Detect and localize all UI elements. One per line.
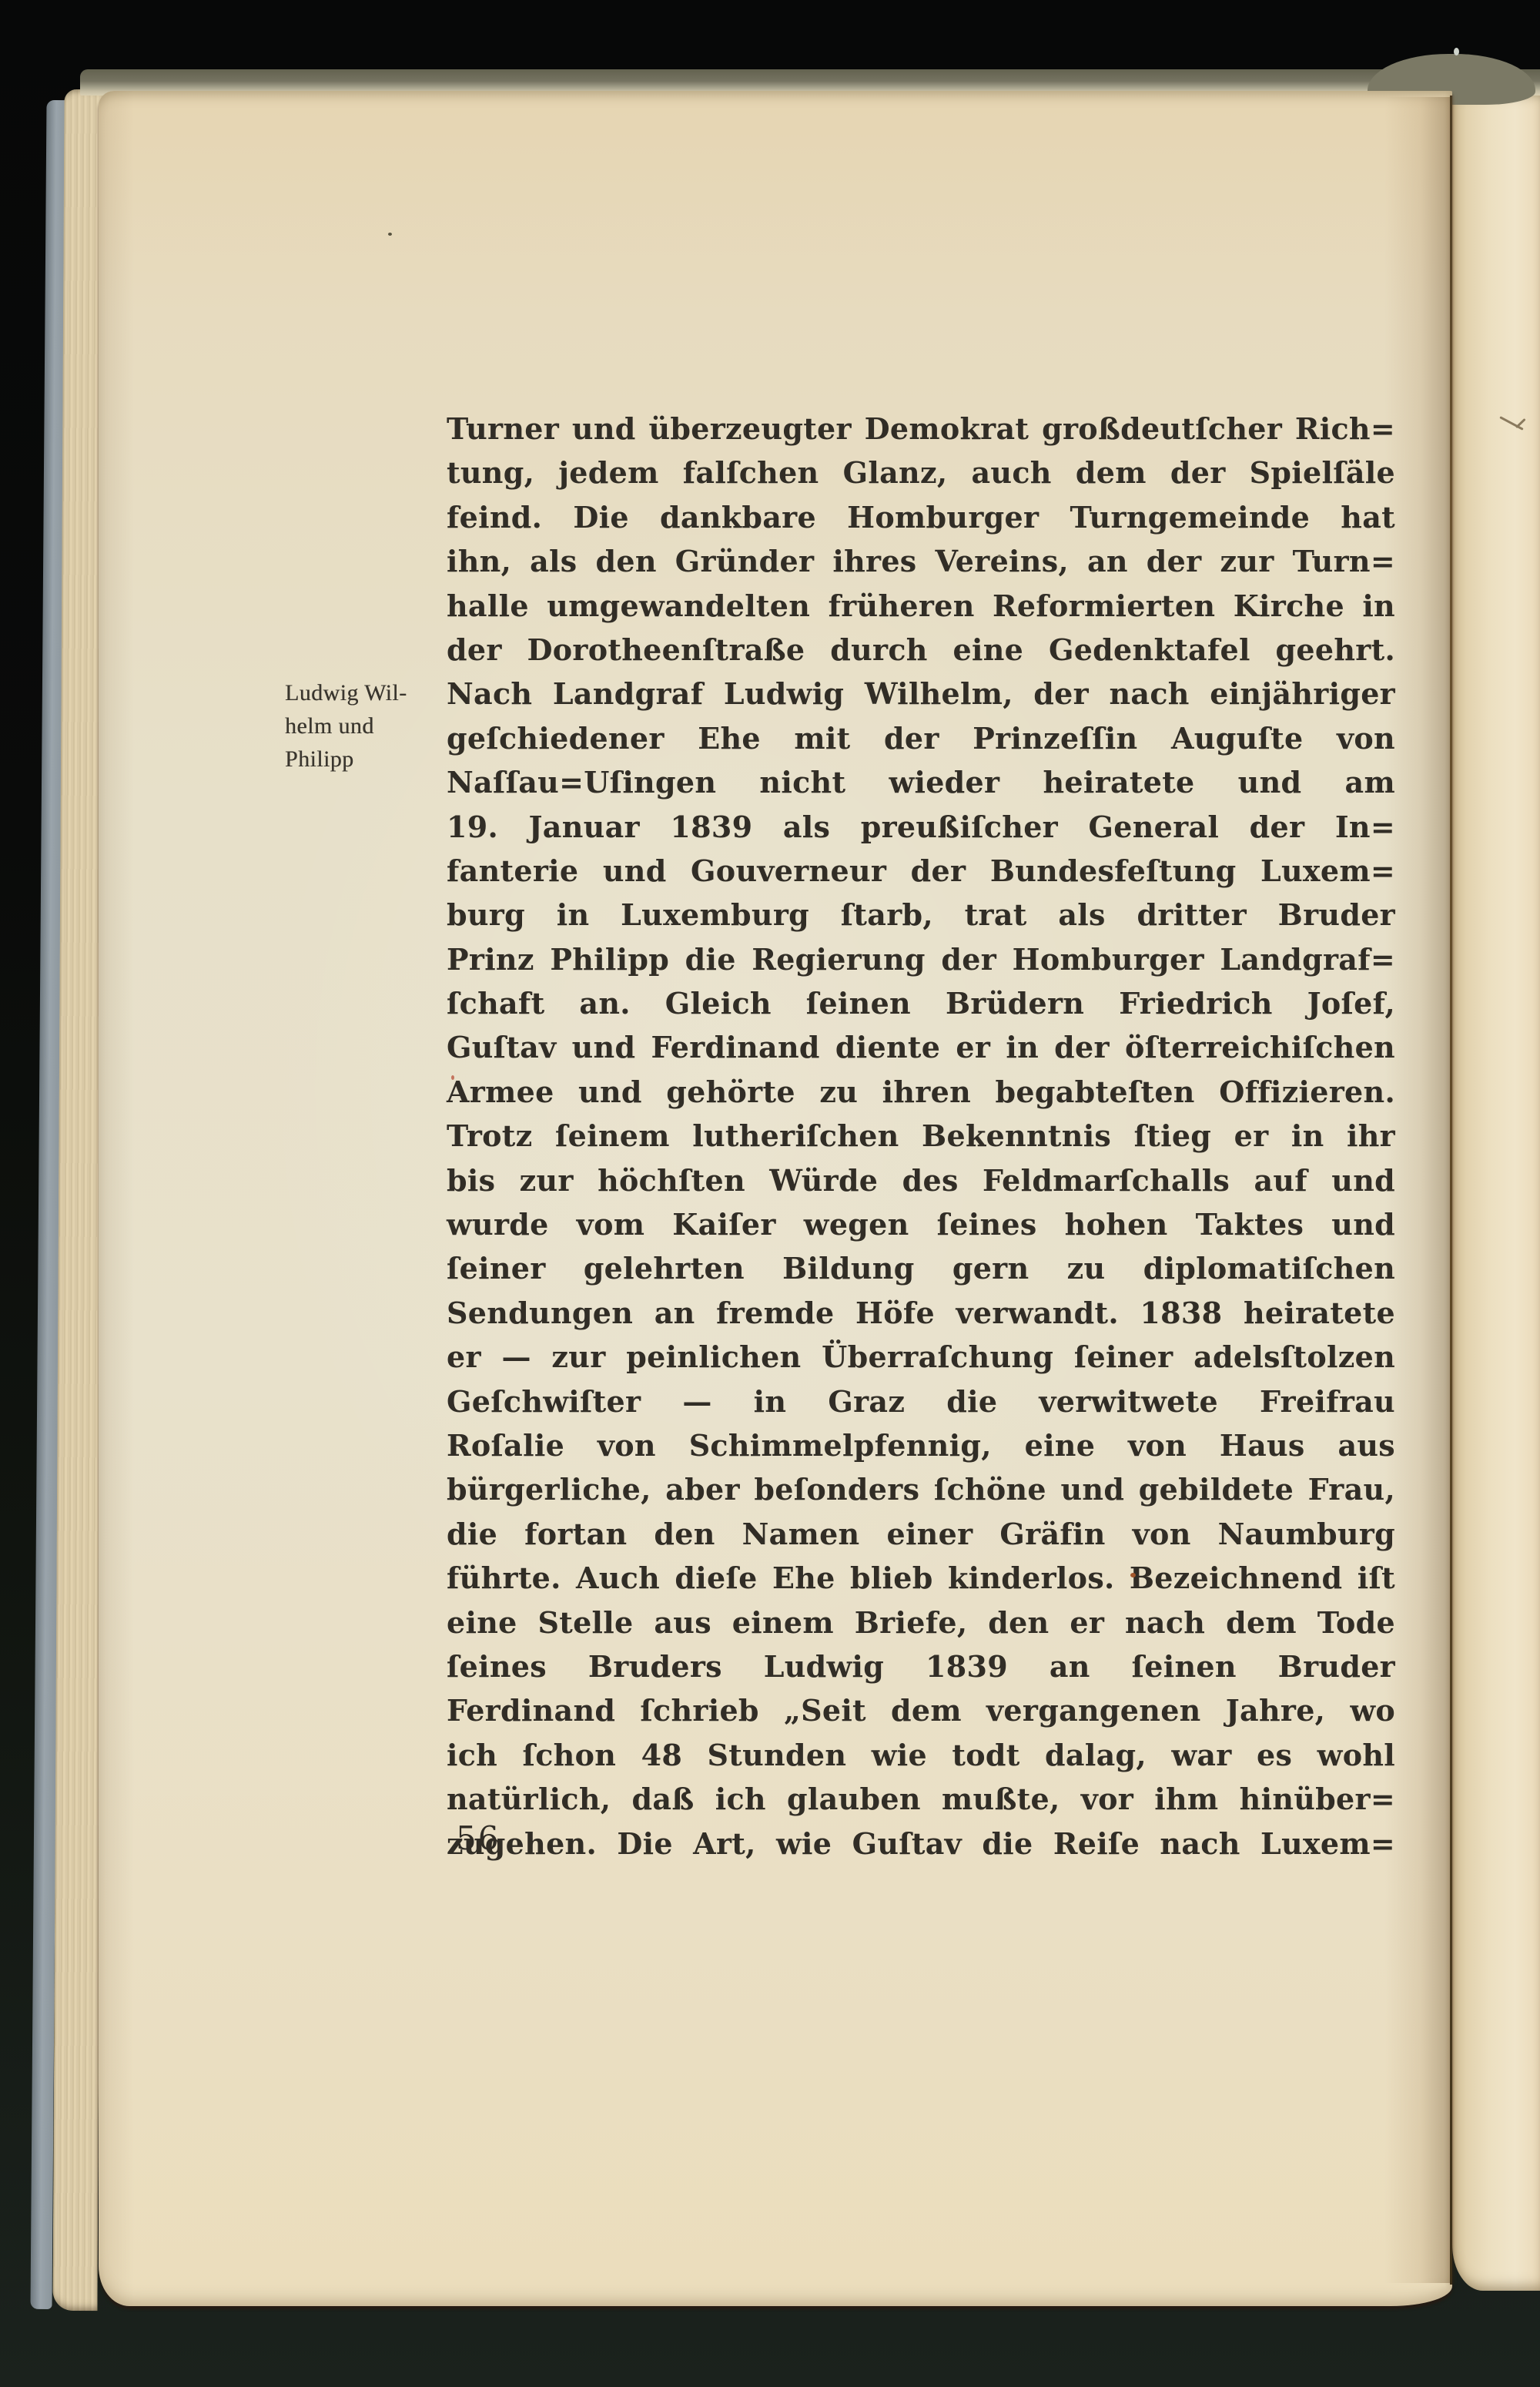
text-line: bürgerliche, aber beſonders ſchöne und g… (447, 1467, 1395, 1511)
paper-speck (451, 1075, 454, 1080)
text-line: Sendungen an fremde Höfe verwandt. 1838 … (447, 1291, 1395, 1335)
text-line: tung, jedem falſchen Glanz, auch dem der… (447, 451, 1395, 494)
text-line: Roſalie von Schimmelpfennig, eine von Ha… (447, 1423, 1395, 1467)
text-line: Prinz Philipp die Regierung der Homburge… (447, 937, 1395, 981)
text-line: burg in Luxemburg ſtarb, trat als dritte… (447, 893, 1395, 937)
text-line: ſchaft an. Gleich ſeinen Brüdern Friedri… (447, 981, 1395, 1025)
text-line: Ferdinand ſchrieb „Seit dem vergangenen … (447, 1688, 1395, 1732)
scan-background: Ludwig Wil-helm undPhilipp Turner und üb… (0, 0, 1540, 2387)
text-line: helm und (285, 709, 439, 743)
page-number: 56 (456, 1819, 500, 1857)
text-line: halle umgewandelten früheren Reformierte… (447, 584, 1395, 628)
text-line: führte. Auch dieſe Ehe blieb kinderlos. … (447, 1556, 1395, 1600)
body-text: Turner und überzeugter Demokrat großdeut… (447, 407, 1395, 1866)
text-line: Trotz ſeinem lutheriſchen Bekenntnis ſti… (447, 1114, 1395, 1158)
text-line: ich ſchon 48 Stunden wie todt dalag, war… (447, 1733, 1395, 1777)
text-line: die fortan den Namen einer Gräfin von Na… (447, 1512, 1395, 1556)
text-line: Naſſau=Uſingen nicht wieder heiratete un… (447, 760, 1395, 804)
text-line: Philipp (285, 743, 439, 776)
gutter-shadow (1384, 97, 1451, 2283)
text-line: zugehen. Die Art, wie Guſtav die Reiſe n… (447, 1822, 1395, 1866)
gutter-crease (1450, 96, 1452, 2285)
text-line: eine Stelle aus einem Briefe, den er nac… (447, 1601, 1395, 1644)
facing-page-edge (1452, 92, 1540, 2291)
paper-speck (998, 555, 1001, 558)
text-line: geſchiedener Ehe mit der Prinzeſſin Augu… (447, 716, 1395, 760)
text-line: Geſchwiſter — in Graz die verwitwete Fre… (447, 1380, 1395, 1423)
paper-speck (388, 233, 392, 236)
text-line: Turner und überzeugter Demokrat großdeut… (447, 407, 1395, 451)
text-line: fanterie und Gouverneur der Bundesfeſtun… (447, 849, 1395, 893)
text-line: bis zur höchſten Würde des Feldmarſchall… (447, 1158, 1395, 1202)
text-line: der Dorotheenſtraße durch eine Gedenktaf… (447, 628, 1395, 672)
dust-speck (1454, 48, 1459, 55)
text-line: Nach Landgraf Ludwig Wilhelm, der nach e… (447, 672, 1395, 716)
text-line: er — zur peinlichen Überraſchung ſeiner … (447, 1335, 1395, 1379)
text-line: Guſtav und Ferdinand diente er in der öſ… (447, 1025, 1395, 1069)
text-line: Ludwig Wil- (285, 676, 439, 709)
rust-speck (1130, 1573, 1136, 1577)
text-line: ſeines Bruders Ludwig 1839 an ſeinen Bru… (447, 1644, 1395, 1688)
text-line: ſeiner gelehrten Bildung gern zu diploma… (447, 1246, 1395, 1290)
text-line: feind. Die dankbare Homburger Turngemein… (447, 495, 1395, 539)
text-line: wurde vom Kaiſer wegen ſeines hohen Takt… (447, 1202, 1395, 1246)
text-line: Armee und gehörte zu ihren begabteſten O… (447, 1070, 1395, 1114)
text-line: ihn, als den Gründer ihres Vereins, an d… (447, 539, 1395, 583)
margin-note: Ludwig Wil-helm undPhilipp (285, 676, 439, 776)
text-line: natürlich, daß ich glauben mußte, vor ih… (447, 1777, 1395, 1821)
book-page: Ludwig Wil-helm undPhilipp Turner und üb… (99, 91, 1452, 2306)
text-line: 19. Januar 1839 als preußiſcher General … (447, 805, 1395, 849)
